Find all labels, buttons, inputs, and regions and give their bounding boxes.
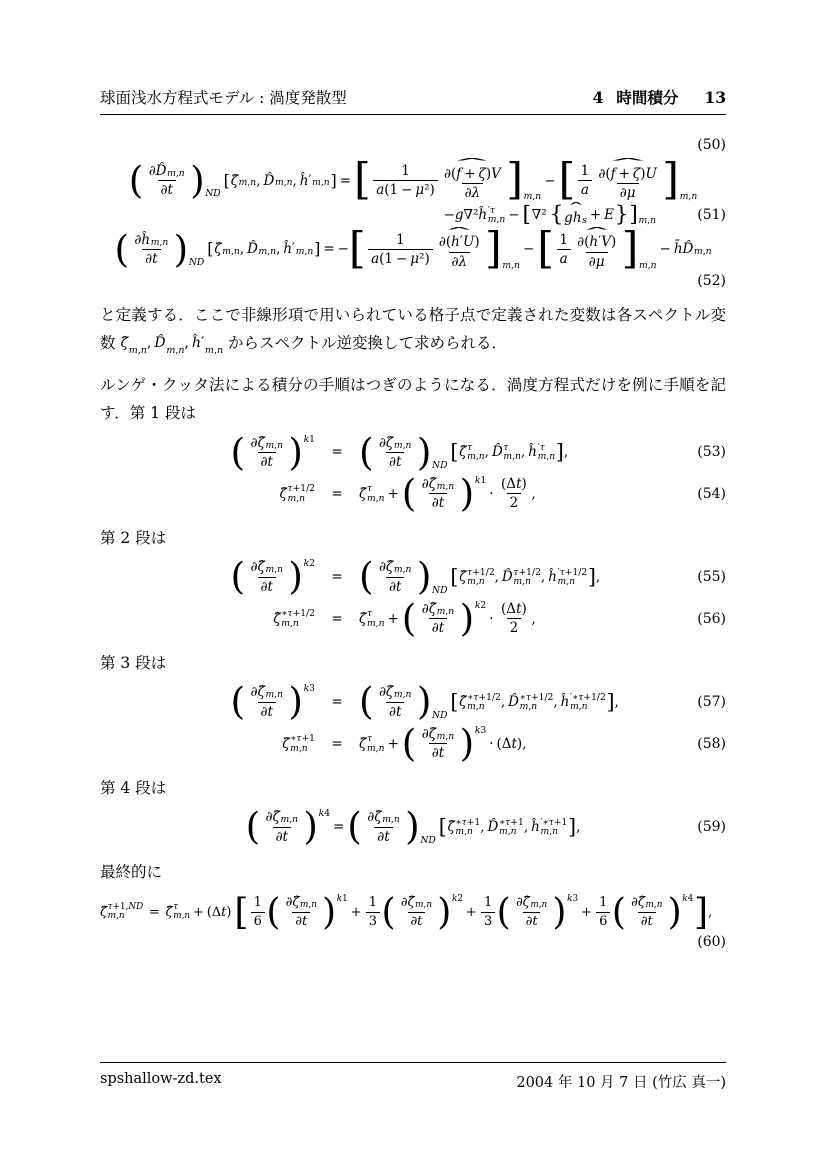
equation-57-equals: = — [315, 694, 359, 710]
equation-58-rhs: ζ̂τm,n+(∂ζ̂m,n∂t)k3·(Δt), — [359, 725, 678, 762]
equation-54: ζ̂τ+1/2m,n = ζ̂τm,n+(∂ζ̂m,n∂t)k1·(Δt)2, … — [100, 475, 726, 512]
equation-52-math: (∂ĥm,n∂t)ND[ζ̂m,n,D̂m,n,ĥ′m,n]=−[1a(1−μ²… — [114, 228, 711, 271]
page-footer: spshallow-zd.tex 2004 年 10 月 7 日 (竹広 真一) — [100, 1062, 726, 1092]
header-section-number: 4 — [593, 88, 604, 107]
equation-58-equals: = — [315, 736, 359, 752]
equation-52: (∂ĥm,n∂t)ND[ζ̂m,n,D̂m,n,ĥ′m,n]=−[1a(1−μ²… — [100, 228, 726, 271]
equation-57-rhs: (∂ζ̂m,n∂t)ND[ζ̂∗τ+1/2m,n,D̂∗τ+1/2m,n,ĥ′∗… — [359, 683, 678, 720]
equation-52-number: (52) — [697, 273, 726, 289]
equation-60: ζ̂τ+1,NDm,n=ζ̂τm,n+(Δt)[16(∂ζ̂m,n∂t)k1+1… — [100, 894, 726, 930]
equation-53-equals: = — [315, 444, 359, 460]
footer-date: 2004 年 10 月 7 日 (竹広 真一) — [516, 1071, 726, 1092]
equation-56-rhs: ζ̂τm,n+(∂ζ̂m,n∂t)k2·(Δt)2, — [359, 600, 678, 637]
equation-53-number: (53) — [678, 444, 726, 460]
header-title: 球面浅水方程式モデル : 渦度発散型 — [100, 86, 347, 108]
equation-55-equals: = — [315, 569, 359, 585]
equation-53-lhs: (∂ζ̂m,n∂t)k1 — [100, 434, 315, 471]
equation-55: (∂ζ̂m,n∂t)k2 = (∂ζ̂m,n∂t)ND[ζ̂τ+1/2m,n,D… — [100, 558, 726, 595]
header-section: 4時間積分13 — [593, 86, 726, 108]
equation-54-equals: = — [315, 486, 359, 502]
footer-filename: spshallow-zd.tex — [100, 1071, 222, 1092]
equation-58: ζ̂∗τ+1m,n = ζ̂τm,n+(∂ζ̂m,n∂t)k3·(Δt), (5… — [100, 725, 726, 762]
equation-51-math: −g∇²ĥ′τm,n−[∇²{ˆghs+E}]m,n — [444, 204, 656, 226]
paragraph-runge-kutta: ルンゲ・クッタ法による積分の手順はつぎのようになる．渦度方程式だけを例に手順を記… — [100, 371, 726, 427]
equation-54-rhs: ζ̂τm,n+(∂ζ̂m,n∂t)k1·(Δt)2, — [359, 475, 678, 512]
equation-59: (∂ζ̂m,n∂t)k4=(∂ζ̂m,n∂t)ND[ζ̂∗τ+1m,n,D̂∗τ… — [100, 808, 726, 845]
equation-50: (∂D̂m,n∂t)ND[ζ̂m,n,D̂m,n,ĥ′m,n]=[1a(1−μ²… — [100, 159, 726, 202]
page-header: 球面浅水方程式モデル : 渦度発散型 4時間積分13 — [100, 86, 726, 115]
stage-3-label: 第 3 段は — [100, 649, 726, 677]
header-section-title: 時間積分 — [616, 88, 678, 107]
finally-label: 最終的に — [100, 858, 726, 886]
equation-51-number: (51) — [697, 207, 726, 223]
equation-53-rhs: (∂ζ̂m,n∂t)ND[ζ̂τm,n,D̂τm,n,ĥ′τm,n], — [359, 434, 678, 471]
stage-2-label: 第 2 段は — [100, 524, 726, 552]
equation-55-number: (55) — [678, 569, 726, 585]
equation-56: ζ̂∗τ+1/2m,n = ζ̂τm,n+(∂ζ̂m,n∂t)k2·(Δt)2,… — [100, 600, 726, 637]
equation-50-math: (∂D̂m,n∂t)ND[ζ̂m,n,D̂m,n,ĥ′m,n]=[1a(1−μ²… — [129, 159, 698, 202]
equation-54-number: (54) — [678, 486, 726, 502]
equation-50-tag-row: (50) — [100, 135, 726, 155]
page-content: 球面浅水方程式モデル : 渦度発散型 4時間積分13 (50) (∂D̂m,n∂… — [0, 0, 826, 952]
equation-60-math: ζ̂τ+1,NDm,n=ζ̂τm,n+(Δt)[16(∂ζ̂m,n∂t)k1+1… — [100, 894, 712, 930]
equation-56-number: (56) — [678, 611, 726, 627]
equation-54-lhs: ζ̂τ+1/2m,n — [100, 483, 315, 503]
equation-56-equals: = — [315, 611, 359, 627]
equation-58-number: (58) — [678, 736, 726, 752]
equation-59-number: (59) — [697, 819, 726, 835]
stage-4-label: 第 4 段は — [100, 774, 726, 802]
equation-57-number: (57) — [678, 694, 726, 710]
equation-57: (∂ζ̂m,n∂t)k3 = (∂ζ̂m,n∂t)ND[ζ̂∗τ+1/2m,n,… — [100, 683, 726, 720]
document-page: 球面浅水方程式モデル : 渦度発散型 4時間積分13 (50) (∂D̂m,n∂… — [0, 0, 826, 1169]
equation-55-lhs: (∂ζ̂m,n∂t)k2 — [100, 558, 315, 595]
equation-51: −g∇²ĥ′τm,n−[∇²{ˆghs+E}]m,n (51) — [100, 204, 726, 226]
equation-55-rhs: (∂ζ̂m,n∂t)ND[ζ̂τ+1/2m,n,D̂τ+1/2m,n,ĥ′τ+1… — [359, 558, 678, 595]
paragraph-definition: と定義する．ここで非線形項で用いられている格子点で定義された変数は各スペクトル変… — [100, 301, 726, 357]
equation-60-number: (60) — [697, 934, 726, 950]
equation-59-math: (∂ζ̂m,n∂t)k4=(∂ζ̂m,n∂t)ND[ζ̂∗τ+1m,n,D̂∗τ… — [246, 808, 581, 845]
equation-58-lhs: ζ̂∗τ+1m,n — [100, 733, 315, 753]
equation-60-tag-row: (60) — [100, 932, 726, 952]
equation-52-tag-row: (52) — [100, 271, 726, 291]
equation-53: (∂ζ̂m,n∂t)k1 = (∂ζ̂m,n∂t)ND[ζ̂τm,n,D̂τm,… — [100, 434, 726, 471]
equation-56-lhs: ζ̂∗τ+1/2m,n — [100, 608, 315, 628]
equation-50-number: (50) — [697, 137, 726, 153]
equation-57-lhs: (∂ζ̂m,n∂t)k3 — [100, 683, 315, 720]
header-page-number: 13 — [704, 88, 726, 107]
